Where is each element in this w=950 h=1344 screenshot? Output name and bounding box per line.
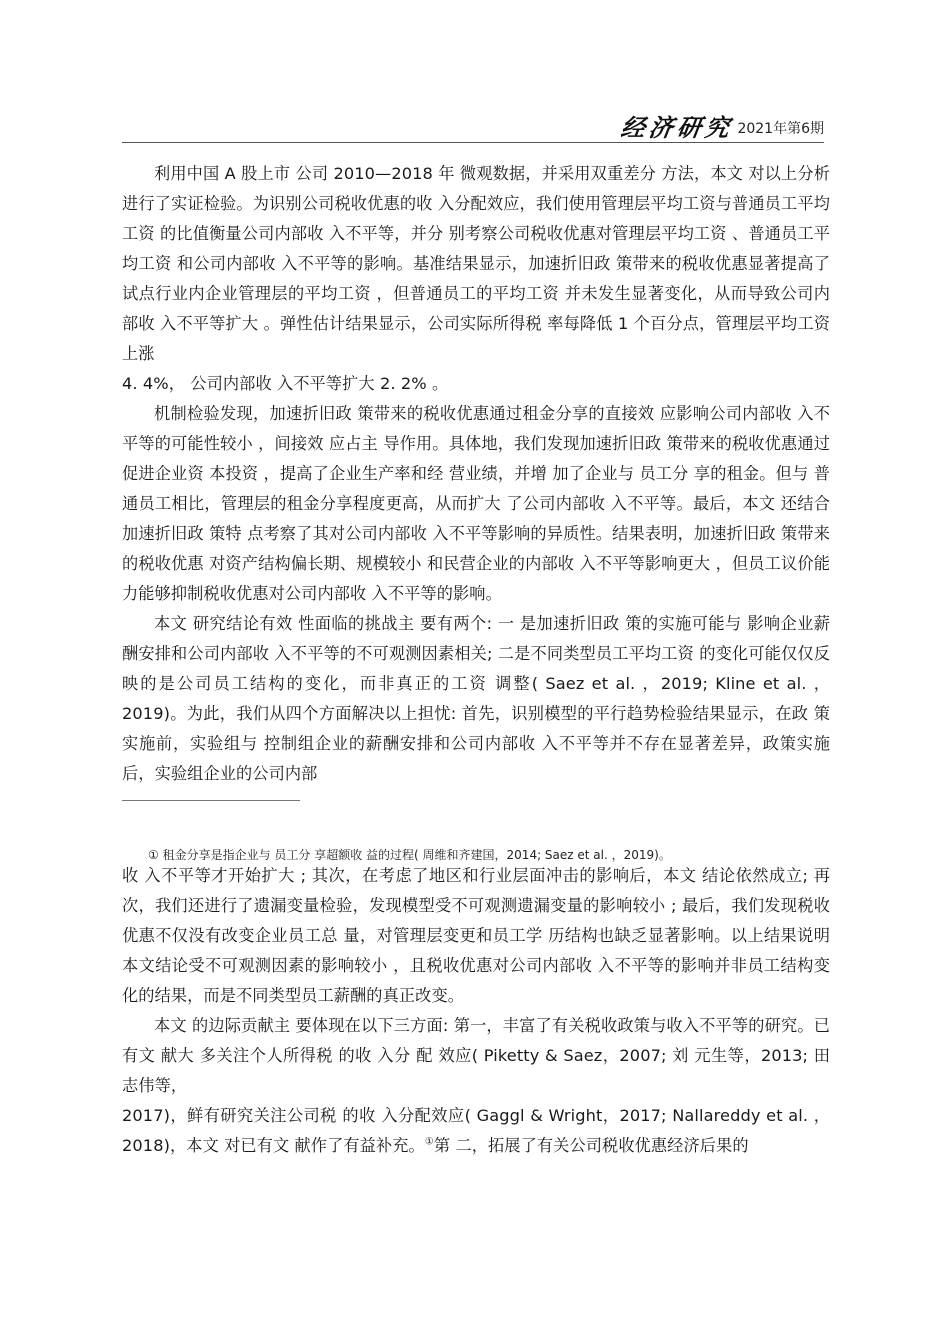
main-text-block-1: 利用中国 A 股上市 公司 2010—2018 年 微观数据，并采用双重差分 方… — [122, 159, 830, 789]
paragraph-summary: 利用中国 A 股上市 公司 2010—2018 年 微观数据，并采用双重差分 方… — [122, 159, 830, 369]
paragraph-mechanism: 机制检验发现，加速折旧政 策带来的税收优惠通过租金分享的直接效 应影响公司内部收… — [122, 399, 830, 609]
footnote-reference[interactable]: ① — [425, 1137, 434, 1148]
contribution-text-part-2: 第 二，拓展了有关公司税收优惠经济后果的 — [434, 1136, 749, 1155]
paragraph-summary-continuation: 4. 4%， 公司内部收 入不平等扩大 2. 2% 。 — [122, 369, 830, 399]
footnote-text: 租金分享是指企业与 员工分 享超额收 益的过程( 周维和齐建国，2014; Sa… — [163, 848, 671, 862]
paragraph-validity: 本文 研究结论有效 性面临的挑战主 要有两个: 一 是加速折旧政 策的实施可能与… — [122, 609, 830, 789]
paragraph-contribution-continuation: 2017)，鲜有研究关注公司税 的收 入分配效应( Gaggl & Wright… — [122, 1101, 830, 1161]
journal-logo: 经济研究 — [619, 114, 735, 142]
paragraph-validity-continuation: 收 入不平等才开始扩大 ; 其次，在考虑了地区和行业层面冲击的影响后，本文 结论… — [122, 861, 830, 1011]
footnote-divider — [122, 800, 300, 801]
main-text-block-2: 收 入不平等才开始扩大 ; 其次，在考虑了地区和行业层面冲击的影响后，本文 结论… — [122, 861, 830, 1161]
issue-number: 2021年第6期 — [737, 118, 824, 142]
running-header: 经济研究 2021年第6期 — [122, 112, 824, 143]
paragraph-contribution: 本文 的边际贡献主 要体现在以下三方面: 第一，丰富了有关税收政策与收入不平等的… — [122, 1011, 830, 1101]
footnote-marker: ① — [148, 848, 159, 862]
